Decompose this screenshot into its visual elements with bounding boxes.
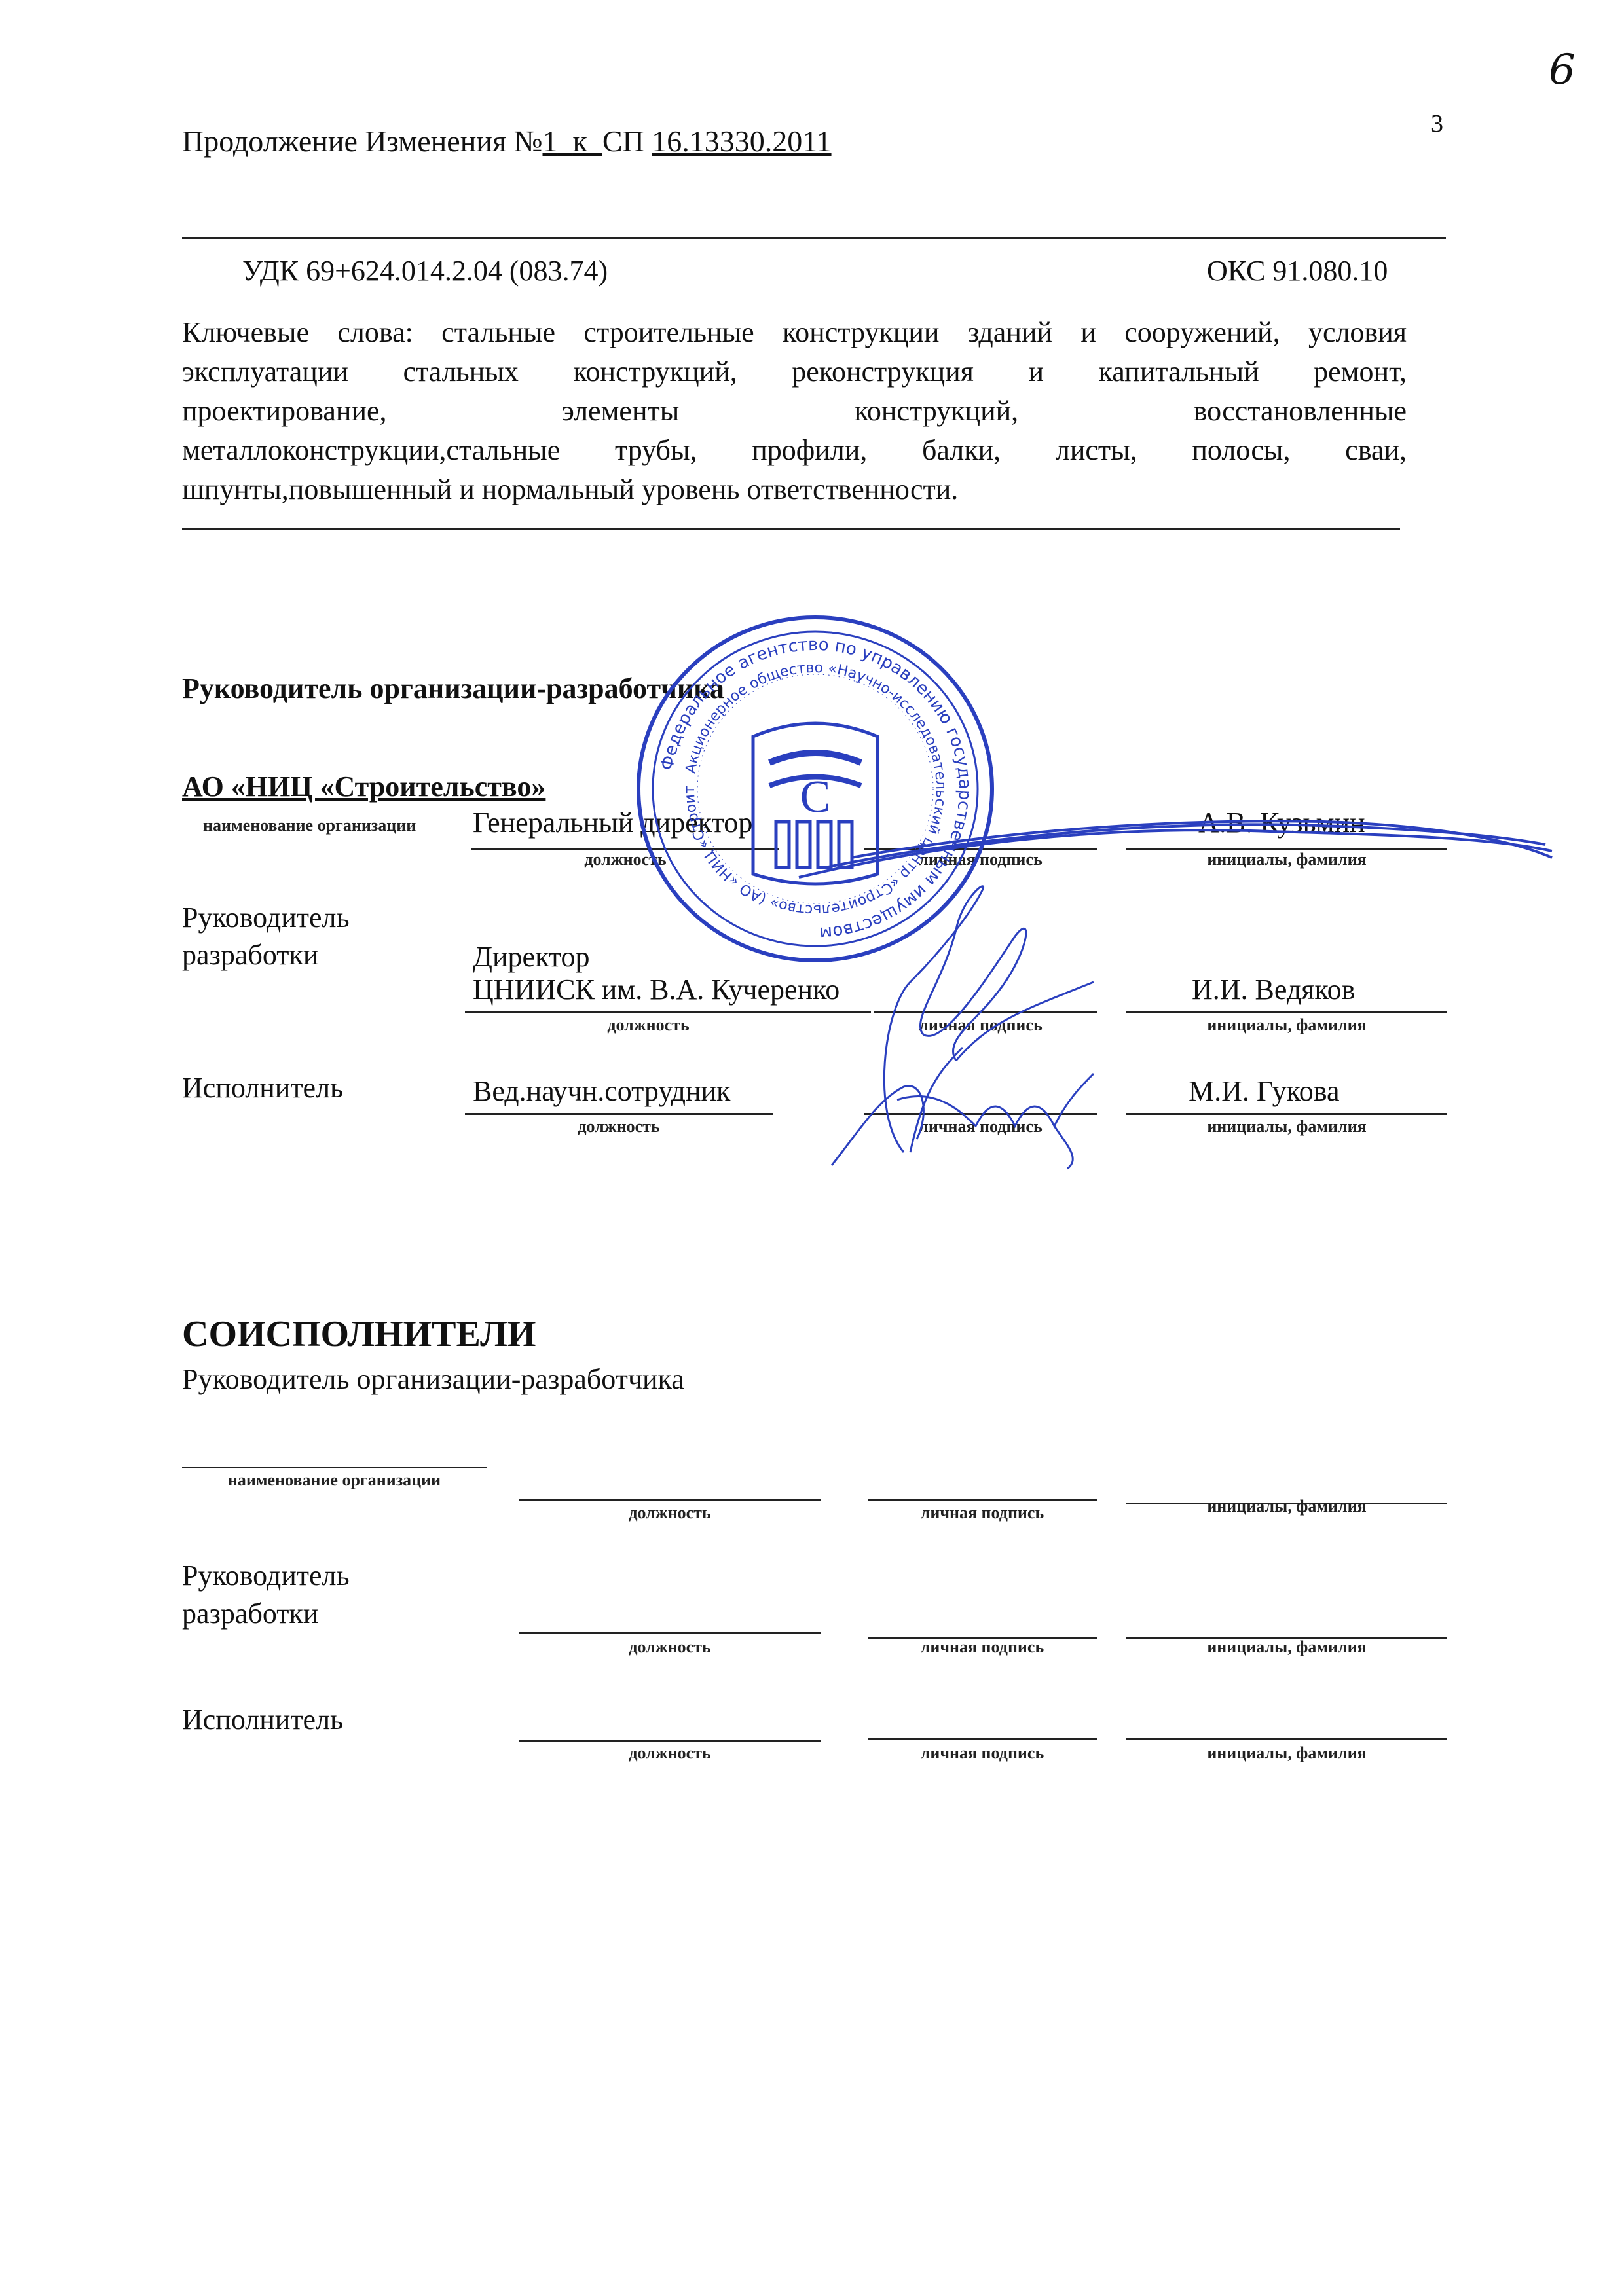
change-number: 1 [542, 124, 557, 158]
keywords-divider [182, 528, 1400, 530]
executor-position-line [465, 1113, 773, 1115]
handwritten-sheet-number: 6 [1549, 46, 1576, 94]
name-caption: инициалы, фамилия [1126, 1639, 1447, 1656]
co-dev-lead-role-line2: разработки [182, 1599, 318, 1628]
co-executors-subtitle: Руководитель организации-разработчика [182, 1365, 684, 1394]
udk-code: УДК 69+624.014.2.04 (083.74) [242, 257, 608, 285]
name-caption: инициалы, фамилия [1126, 1017, 1447, 1034]
position-caption: должность [519, 1745, 821, 1762]
signature-caption: личная подпись [868, 1504, 1097, 1522]
doc-type: СП [602, 124, 644, 158]
dev-lead-role-line1: Руководитель [182, 903, 350, 932]
header-divider [182, 237, 1446, 239]
co-executor-role: Исполнитель [182, 1705, 343, 1734]
signature-caption: личная подпись [868, 1639, 1097, 1656]
co-executor-position-line [519, 1740, 821, 1742]
position-caption: должность [519, 1639, 821, 1656]
co-executors-title: СОИСПОЛНИТЕЛИ [182, 1316, 536, 1353]
executor-position: Вед.научн.сотрудник [473, 1077, 730, 1106]
org-caption: наименование организации [182, 1472, 487, 1489]
dev-lead-position-line2: ЦНИИСК им. В.А. Кучеренко [473, 975, 840, 1004]
document-header: Продолжение Изменения №1 к СП 16.13330.2… [182, 126, 832, 156]
position-caption: должность [465, 1017, 832, 1034]
co-org-name-line [182, 1467, 487, 1468]
header-prefix: Продолжение Изменения № [182, 124, 542, 158]
position-caption: должность [519, 1504, 821, 1522]
org-caption: наименование организации [203, 817, 416, 834]
co-head-signature-line [868, 1499, 1097, 1501]
co-dev-lead-role-line1: Руководитель [182, 1561, 350, 1590]
keywords-line: проектирование, элементы конструкций, во… [182, 392, 1407, 431]
keywords-block: Ключевые слова: стальные строительные ко… [182, 313, 1407, 509]
dev-lead-position-line1: Директор [473, 943, 590, 972]
dev-lead-position-line [465, 1011, 871, 1013]
position-caption: должность [465, 1118, 773, 1135]
executor-name: М.И. Гукова [1189, 1077, 1340, 1106]
name-caption: инициалы, фамилия [1126, 1745, 1447, 1762]
co-executor-signature-line [868, 1738, 1097, 1740]
keywords-line: Ключевые слова: стальные строительные ко… [182, 313, 1407, 352]
developer-org-name: АО «НИЦ «Строительство» [182, 773, 545, 801]
oks-code: ОКС 91.080.10 [1207, 257, 1388, 285]
dev-lead-name-line [1126, 1011, 1447, 1013]
doc-code: 16.13330.2011 [652, 124, 831, 158]
dev-lead-role-line2: разработки [182, 941, 318, 970]
name-caption: инициалы, фамилия [1126, 1498, 1447, 1515]
connector: к [572, 124, 587, 158]
dev-lead-name: И.И. Ведяков [1192, 975, 1355, 1004]
name-caption: инициалы, фамилия [1126, 1118, 1447, 1135]
signature-gukova-icon [819, 1061, 1133, 1172]
keywords-line: эксплуатации стальных конструкций, рекон… [182, 352, 1407, 392]
keywords-line: металлоконструкции,стальные трубы, профи… [182, 431, 1407, 470]
signature-caption: личная подпись [868, 1745, 1097, 1762]
co-head-position-line [519, 1499, 821, 1501]
co-executor-name-line [1126, 1738, 1447, 1740]
co-dev-lead-position-line [519, 1632, 821, 1634]
executor-name-line [1126, 1113, 1447, 1115]
executor-role: Исполнитель [182, 1074, 343, 1102]
keywords-line: шпунты,повышенный и нормальный уровень о… [182, 470, 1407, 509]
page-number: 3 [1431, 111, 1443, 136]
